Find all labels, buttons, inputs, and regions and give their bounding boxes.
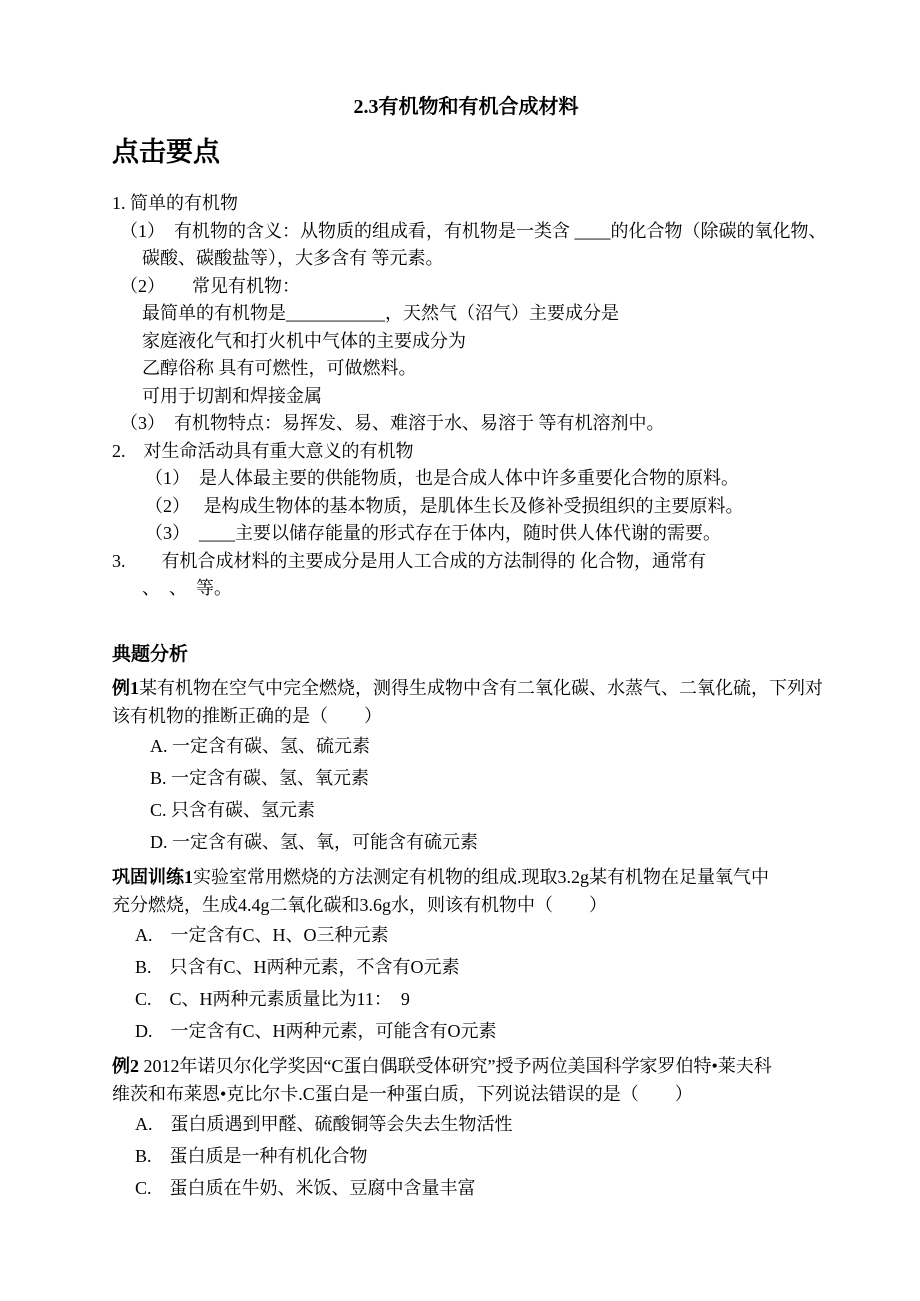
drill1-stem-line2: 充分燃烧，生成4.4g二氧化碳和3.6g水，则该有机物中（ ）	[112, 891, 820, 919]
key-points-heading: 点击要点	[112, 137, 820, 167]
key-point-line: 、 、 等。	[142, 575, 820, 603]
example1-label: 例1	[112, 678, 139, 698]
example1-stem-line2: 该有机物的推断正确的是（ ）	[112, 702, 820, 730]
key-point-line: （3） 有机物特点：易挥发、易、难溶于水、易溶于 等有机溶剂中。	[120, 410, 820, 438]
example1-stem-line1: 例1某有机物在空气中完全燃烧，测得生成物中含有二氧化碳、水蒸气、二氧化硫，下列对	[112, 674, 820, 702]
example1-block: 例1某有机物在空气中完全燃烧，测得生成物中含有二氧化碳、水蒸气、二氧化硫，下列对…	[112, 674, 820, 858]
example2-label: 例2	[112, 1056, 139, 1076]
key-point-line: 2. 对生命活动具有重大意义的有机物	[112, 438, 820, 466]
key-point-line: 碳酸、碳酸盐等），大多含有 等元素。	[142, 245, 820, 273]
example1-option-b: B. 一定含有碳、氢、氧元素	[150, 762, 820, 794]
key-point-line: 1. 简单的有机物	[112, 190, 820, 218]
drill1-option-c: C. C、H两种元素质量比为11： 9	[135, 983, 820, 1015]
key-point-line: （1） 有机物的含义：从物质的组成看，有机物是一类含 ____的化合物（除碳的氧…	[120, 218, 820, 246]
drill1-block: 巩固训练1实验室常用燃烧的方法测定有机物的组成.现取3.2g某有机物在足量氧气中…	[112, 863, 820, 1047]
example1-option-d: D. 一定含有碳、氢、氧，可能含有硫元素	[150, 826, 820, 858]
drill1-option-b: B. 只含有C、H两种元素，不含有O元素	[135, 951, 820, 983]
key-point-line: （2） 是构成生物体的基本物质，是肌体生长及修补受损组织的主要原料。	[145, 493, 820, 521]
key-points-section: 1. 简单的有机物 （1） 有机物的含义：从物质的组成看，有机物是一类含 ___…	[112, 190, 820, 603]
example1-option-c: C. 只含有碳、氢元素	[150, 794, 820, 826]
key-point-line: 家庭液化气和打火机中气体的主要成分为	[142, 328, 820, 356]
document-page: 2.3有机物和有机合成材料 点击要点 1. 简单的有机物 （1） 有机物的含义：…	[0, 0, 920, 1301]
example2-block: 例2 2012年诺贝尔化学奖因“C蛋白偶联受体研究”授予两位美国科学家罗伯特•莱…	[112, 1052, 820, 1204]
key-point-line: 3. 有机合成材料的主要成分是用人工合成的方法制得的 化合物，通常有	[112, 548, 820, 576]
example2-stem-text: 2012年诺贝尔化学奖因“C蛋白偶联受体研究”授予两位美国科学家罗伯特•莱夫科	[139, 1056, 772, 1076]
example2-option-c: C. 蛋白质在牛奶、米饭、豆腐中含量丰富	[135, 1172, 820, 1204]
drill1-option-d: D. 一定含有C、H两种元素，可能含有O元素	[135, 1015, 820, 1047]
analysis-heading: 典题分析	[112, 641, 820, 669]
key-point-line: （1） 是人体最主要的供能物质，也是合成人体中许多重要化合物的原料。	[145, 465, 820, 493]
analysis-section: 典题分析 例1某有机物在空气中完全燃烧，测得生成物中含有二氧化碳、水蒸气、二氧化…	[112, 641, 820, 1204]
example1-stem-text: 某有机物在空气中完全燃烧，测得生成物中含有二氧化碳、水蒸气、二氧化硫，下列对	[139, 678, 823, 698]
example2-option-b: B. 蛋白质是一种有机化合物	[135, 1140, 820, 1172]
key-point-line: 乙醇俗称 具有可燃性，可做燃料。	[142, 355, 820, 383]
key-point-line: （3） ____主要以储存能量的形式存在于体内，随时供人体代谢的需要。	[145, 520, 820, 548]
key-point-line: 可用于切割和焊接金属	[142, 383, 820, 411]
drill1-label: 巩固训练1	[112, 867, 193, 887]
example2-stem-line1: 例2 2012年诺贝尔化学奖因“C蛋白偶联受体研究”授予两位美国科学家罗伯特•莱…	[112, 1052, 820, 1080]
example2-option-a: A. 蛋白质遇到甲醛、硫酸铜等会失去生物活性	[135, 1108, 820, 1140]
example2-stem-line2: 维茨和布莱恩•克比尔卡.C蛋白是一种蛋白质，下列说法错误的是（ ）	[112, 1080, 820, 1108]
drill1-option-a: A. 一定含有C、H、O三种元素	[135, 919, 820, 951]
key-point-line: 最简单的有机物是___________，天然气（沼气）主要成分是	[142, 300, 820, 328]
document-title: 2.3有机物和有机合成材料	[112, 94, 820, 120]
example1-option-a: A. 一定含有碳、氢、硫元素	[150, 730, 820, 762]
key-point-line: （2） 常见有机物：	[120, 273, 820, 301]
drill1-stem-line1: 巩固训练1实验室常用燃烧的方法测定有机物的组成.现取3.2g某有机物在足量氧气中	[112, 863, 820, 891]
drill1-stem-text: 实验室常用燃烧的方法测定有机物的组成.现取3.2g某有机物在足量氧气中	[193, 867, 769, 887]
